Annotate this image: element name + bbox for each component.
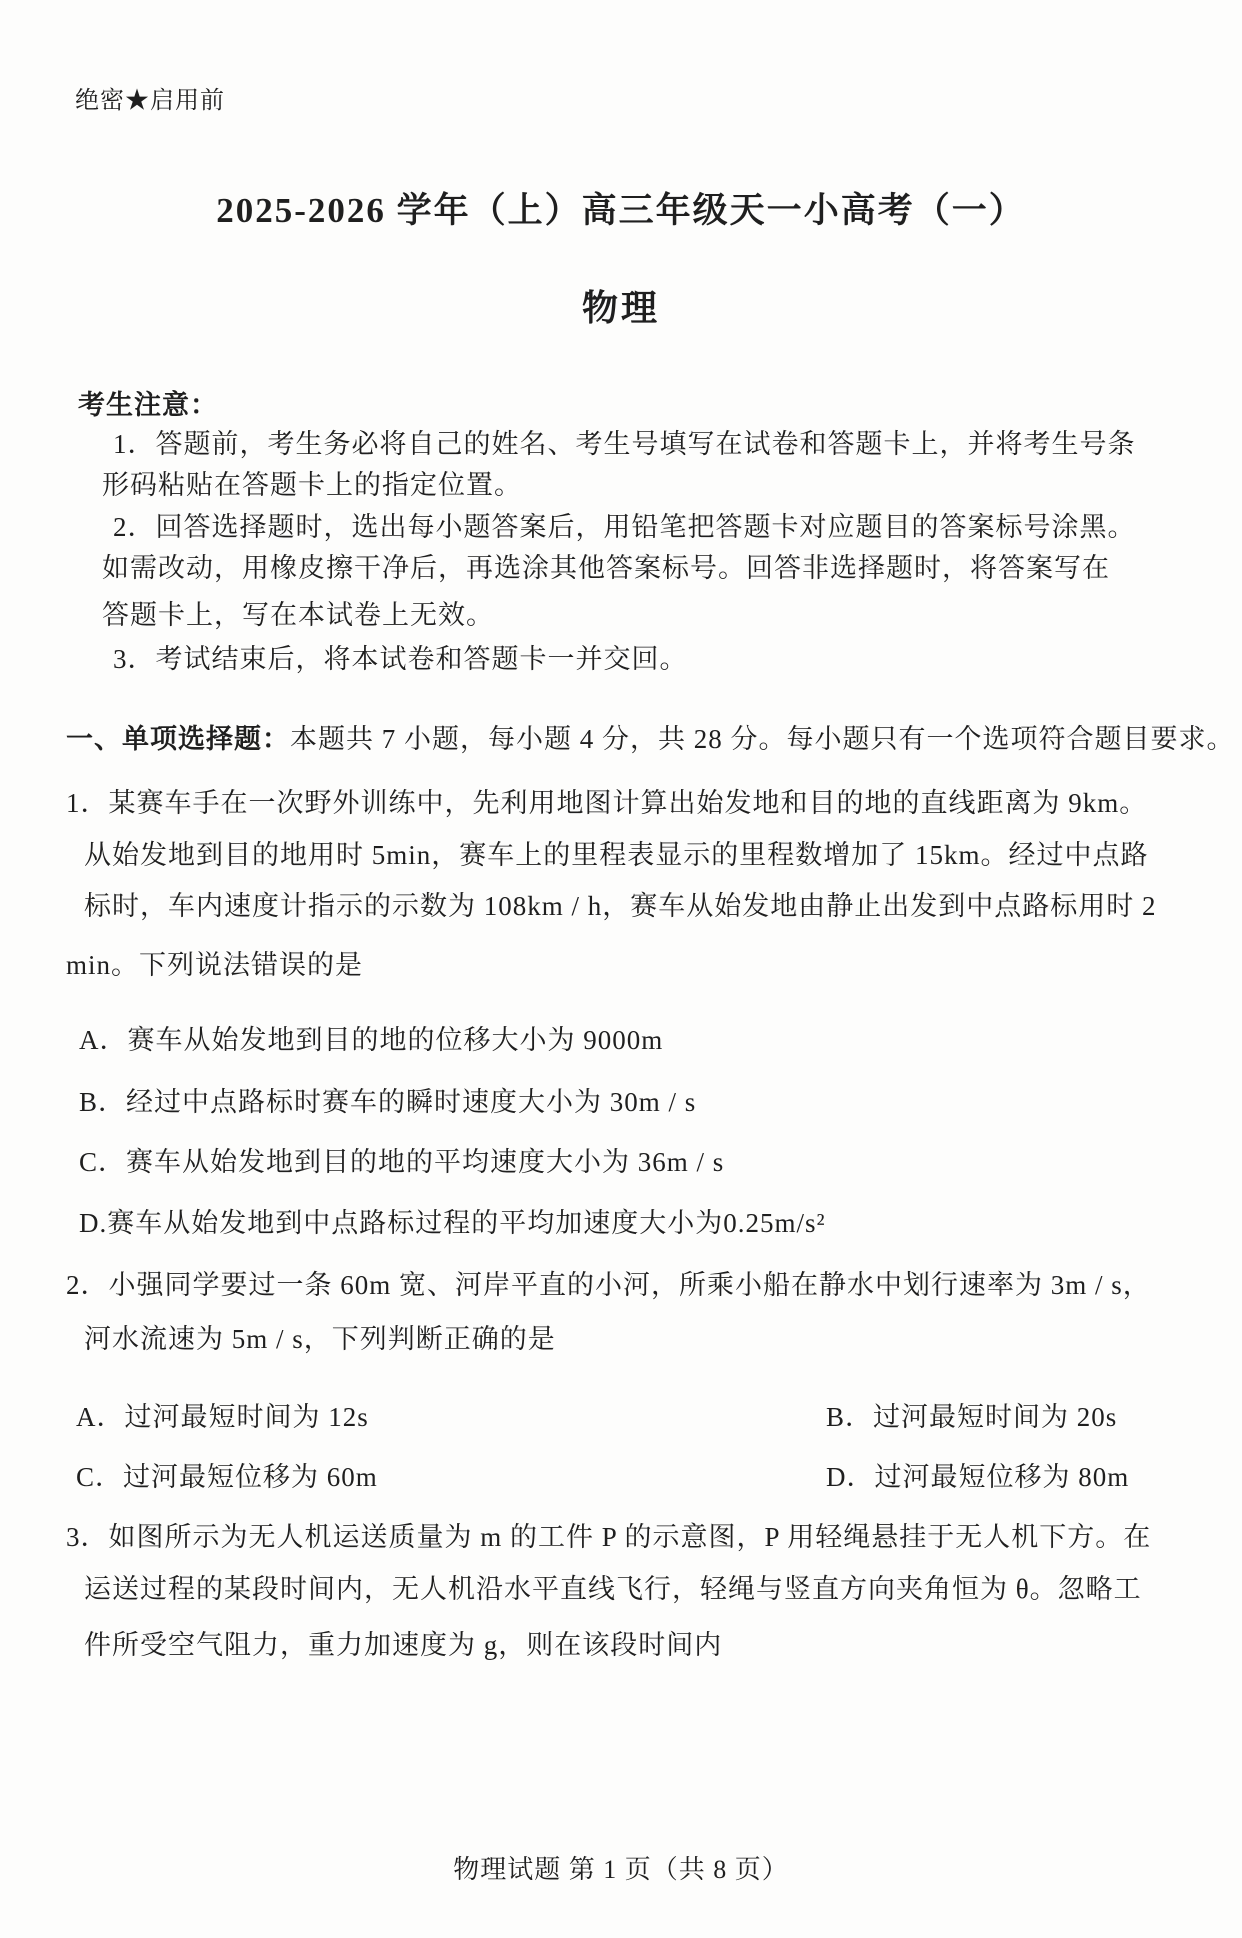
notice-item-1-line-2: 形码粘贴在答题卡上的指定位置。: [0, 468, 1242, 503]
notice-item-2-line-2: 如需改动，用橡皮擦干净后，再选涂其他答案标号。回答非选择题时，将答案写在: [0, 551, 1242, 586]
notice-item-1-line-1: 1．答题前，考生务必将自己的姓名、考生号填写在试卷和答题卡上，并将考生号条: [0, 427, 1242, 462]
question-3-line-2: 运送过程的某段时间内，无人机沿水平直线飞行，轻绳与竖直方向夹角恒为 θ。忽略工: [0, 1572, 1242, 1607]
section-1-desc: 本题共 7 小题，每小题 4 分，共 28 分。每小题只有一个选项符合题目要求。: [290, 724, 1235, 754]
notice-heading: 考生注意：: [0, 388, 1242, 423]
question-2-option-c: C．过河最短位移为 60m: [76, 1460, 826, 1495]
question-1-option-d: D.赛车从始发地到中点路标过程的平均加速度大小为0.25m/s²: [0, 1206, 1242, 1241]
question-2-line-2: 河水流速为 5m / s，下列判断正确的是: [0, 1322, 1242, 1357]
question-2-options-row-2: C．过河最短位移为 60m D．过河最短位移为 80m: [0, 1460, 1242, 1495]
question-2-option-a: A．过河最短时间为 12s: [76, 1400, 826, 1435]
subject-title: 物理: [0, 285, 1242, 332]
classification-label: 绝密★启用前: [0, 86, 1242, 117]
question-2-line-1: 2．小强同学要过一条 60m 宽、河岸平直的小河，所乘小船在静水中划行速率为 3…: [0, 1268, 1242, 1303]
question-2-option-b: B．过河最短时间为 20s: [826, 1400, 1117, 1435]
question-1-option-a: A．赛车从始发地到目的地的位移大小为 9000m: [0, 1023, 1242, 1058]
section-1-label: 一、单项选择题：: [66, 724, 290, 754]
notice-item-3-line-1: 3．考试结束后，将本试卷和答题卡一并交回。: [0, 642, 1242, 677]
question-3-line-1: 3．如图所示为无人机运送质量为 m 的工件 P 的示意图，P 用轻绳悬挂于无人机…: [0, 1520, 1242, 1555]
question-1-line-1: 1．某赛车手在一次野外训练中，先利用地图计算出始发地和目的地的直线距离为 9km…: [0, 786, 1242, 821]
question-2-options-row-1: A．过河最短时间为 12s B．过河最短时间为 20s: [0, 1400, 1242, 1435]
page-footer: 物理试题 第 1 页（共 8 页）: [0, 1853, 1242, 1887]
question-1-option-c: C．赛车从始发地到目的地的平均速度大小为 36m / s: [0, 1145, 1242, 1180]
question-1-line-2: 从始发地到目的地用时 5min，赛车上的里程表显示的里程数增加了 15km。经过…: [0, 838, 1242, 873]
question-1-option-b: B．经过中点路标时赛车的瞬时速度大小为 30m / s: [0, 1085, 1242, 1120]
notice-item-2-line-1: 2．回答选择题时，选出每小题答案后，用铅笔把答题卡对应题目的答案标号涂黑。: [0, 510, 1242, 545]
question-1-line-3: 标时，车内速度计指示的示数为 108km / h，赛车从始发地由静止出发到中点路…: [0, 889, 1242, 924]
exam-page: 绝密★启用前 2025-2026 学年（上）高三年级天一小高考（一） 物理 考生…: [0, 0, 1242, 1938]
question-1-line-4: min。下列说法错误的是: [0, 948, 1242, 983]
exam-title: 2025-2026 学年（上）高三年级天一小高考（一）: [0, 188, 1242, 234]
question-3-line-3: 件所受空气阻力，重力加速度为 g，则在该段时间内: [0, 1628, 1242, 1663]
section-1-heading: 一、单项选择题：本题共 7 小题，每小题 4 分，共 28 分。每小题只有一个选…: [0, 722, 1242, 757]
question-2-option-d: D．过河最短位移为 80m: [826, 1460, 1129, 1495]
notice-item-2-line-3: 答题卡上，写在本试卷上无效。: [0, 598, 1242, 633]
